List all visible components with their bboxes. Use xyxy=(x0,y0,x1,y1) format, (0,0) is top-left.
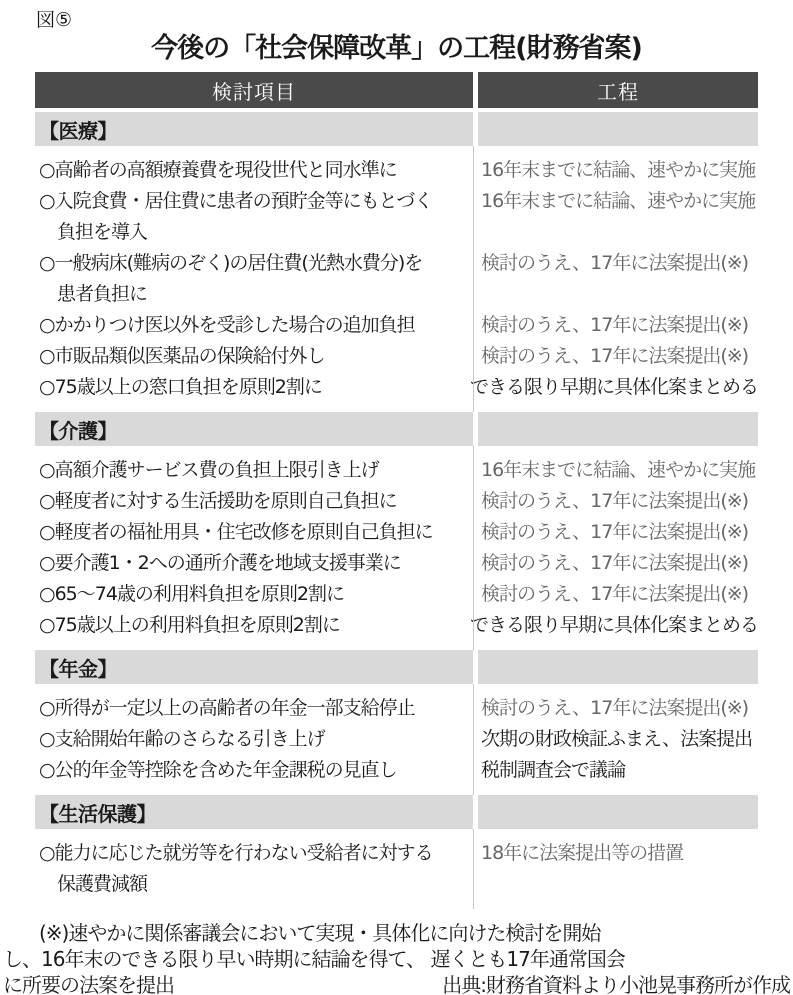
schedule-cell: 次期の財政検証ふまえ、法案提出 xyxy=(473,724,758,755)
footnote-line-2: し、16年末のできる限り早い時期に結論を得て、 遅くとも17年通常国会 xyxy=(3,946,790,972)
schedule-cell: 検討のうえ、17年に法案提出(※) xyxy=(473,341,758,372)
section-band-pension: 【年金】 xyxy=(35,650,758,684)
section-rows-welfare: ○能力に応じた就労等を行わない受給者に対する 保護費減額 18年に法案提出等の措… xyxy=(35,829,758,909)
footnote-line-3-text: に所要の法案を提出 xyxy=(3,972,174,995)
section-band-cell: 【生活保護】 xyxy=(35,795,473,829)
item-cell: ○75歳以上の窓口負担を原則2割に xyxy=(35,372,462,403)
schedule-cell: 検討のうえ、17年に法案提出(※) xyxy=(473,517,758,548)
schedule-cell: 16年末までに結論、速やかに実施 xyxy=(473,186,758,217)
schedule-cell: 検討のうえ、17年に法案提出(※) xyxy=(473,310,758,341)
table-row: ○公的年金等控除を含めた年金課税の見直し 税制調査会で議論 xyxy=(35,755,758,786)
table-row: ○市販品類似医薬品の保険給付外し 検討のうえ、17年に法案提出(※) xyxy=(35,341,758,372)
item-cell: ○75歳以上の利用料負担を原則2割に xyxy=(35,610,462,641)
schedule-cell: 検討のうえ、17年に法案提出(※) xyxy=(473,579,758,610)
section-band-cell: 【年金】 xyxy=(35,650,473,684)
table-row: ○入院食費・居住費に患者の預貯金等にもとづく 負担を導入 16年末までに結論、速… xyxy=(35,186,758,248)
item-cell: ○軽度者の福祉用具・住宅改修を原則自己負担に xyxy=(35,517,473,548)
section-band-cell: 【介護】 xyxy=(35,412,473,446)
schedule-cell: 検討のうえ、17年に法案提出(※) xyxy=(473,548,758,579)
table-header-row: 検討項目 工程 xyxy=(35,72,758,108)
section-rows-nursing: ○高額介護サービス費の負担上限引き上げ 16年末までに結論、速やかに実施 ○軽度… xyxy=(35,446,758,650)
section-band-cell xyxy=(478,112,758,146)
item-cell: ○支給開始年齢のさらなる引き上げ xyxy=(35,724,473,755)
item-cell: ○軽度者に対する生活援助を原則自己負担に xyxy=(35,486,473,517)
item-cell: ○要介護1・2への通所介護を地域支援事業に xyxy=(35,548,473,579)
footnote-line-1: (※)速やかに関係審議会において実現・具体化に向けた検討を開始 xyxy=(3,920,790,946)
schedule-cell: 検討のうえ、17年に法案提出(※) xyxy=(473,486,758,517)
column-header-schedule: 工程 xyxy=(478,72,758,108)
item-cell: ○所得が一定以上の高齢者の年金一部支給停止 xyxy=(35,693,473,724)
footnote-line-3: に所要の法案を提出 出典:財務省資料より小池晃事務所が作成 xyxy=(3,972,790,995)
item-cell: ○能力に応じた就労等を行わない受給者に対する 保護費減額 xyxy=(35,838,473,900)
source-credit: 出典:財務省資料より小池晃事務所が作成 xyxy=(442,972,790,995)
schedule-cell: できる限り早期に具体化案まとめる xyxy=(462,610,758,641)
table-row: ○かかりつけ医以外を受診した場合の追加負担 検討のうえ、17年に法案提出(※) xyxy=(35,310,758,341)
table-row: ○75歳以上の利用料負担を原則2割に できる限り早期に具体化案まとめる xyxy=(35,610,758,641)
item-cell: ○高額介護サービス費の負担上限引き上げ xyxy=(35,455,473,486)
item-cell: ○高齢者の高額療養費を現役世代と同水準に xyxy=(35,155,473,186)
table-row: ○要介護1・2への通所介護を地域支援事業に 検討のうえ、17年に法案提出(※) xyxy=(35,548,758,579)
section-band-cell xyxy=(478,412,758,446)
table-row: ○高齢者の高額療養費を現役世代と同水準に 16年末までに結論、速やかに実施 xyxy=(35,155,758,186)
section-rows-pension: ○所得が一定以上の高齢者の年金一部支給停止 検討のうえ、17年に法案提出(※) … xyxy=(35,684,758,795)
table-row: ○支給開始年齢のさらなる引き上げ 次期の財政検証ふまえ、法案提出 xyxy=(35,724,758,755)
item-cell: ○市販品類似医薬品の保険給付外し xyxy=(35,341,473,372)
section-title-medical: 【医療】 xyxy=(35,115,117,144)
item-cell: ○入院食費・居住費に患者の預貯金等にもとづく 負担を導入 xyxy=(35,186,473,248)
section-title-nursing: 【介護】 xyxy=(35,415,117,444)
page: 図⑤ 今後の「社会保障改革」の工程(財務省案) 検討項目 工程 【医療】 ○高齢… xyxy=(0,0,793,995)
schedule-cell: 18年に法案提出等の措置 xyxy=(473,838,758,869)
schedule-cell: 検討のうえ、17年に法案提出(※) xyxy=(473,248,758,279)
schedule-cell: 税制調査会で議論 xyxy=(473,755,758,786)
schedule-table: 検討項目 工程 【医療】 ○高齢者の高額療養費を現役世代と同水準に 16年末まで… xyxy=(35,72,758,909)
figure-label: 図⑤ xyxy=(36,8,793,32)
section-band-medical: 【医療】 xyxy=(35,112,758,146)
section-band-cell: 【医療】 xyxy=(35,112,473,146)
section-band-cell xyxy=(478,795,758,829)
table-row: ○能力に応じた就労等を行わない受給者に対する 保護費減額 18年に法案提出等の措… xyxy=(35,838,758,900)
page-title: 今後の「社会保障改革」の工程(財務省案) xyxy=(0,34,793,64)
schedule-cell: できる限り早期に具体化案まとめる xyxy=(462,372,758,403)
schedule-cell: 16年末までに結論、速やかに実施 xyxy=(473,155,758,186)
footnote: (※)速やかに関係審議会において実現・具体化に向けた検討を開始 し、16年末ので… xyxy=(0,920,793,995)
section-band-nursing: 【介護】 xyxy=(35,412,758,446)
section-band-cell xyxy=(478,650,758,684)
table-row: ○65〜74歳の利用料負担を原則2割に 検討のうえ、17年に法案提出(※) xyxy=(35,579,758,610)
column-header-items: 検討項目 xyxy=(35,72,473,108)
section-title-pension: 【年金】 xyxy=(35,653,117,682)
table-row: ○所得が一定以上の高齢者の年金一部支給停止 検討のうえ、17年に法案提出(※) xyxy=(35,693,758,724)
item-cell: ○65〜74歳の利用料負担を原則2割に xyxy=(35,579,473,610)
item-cell: ○かかりつけ医以外を受診した場合の追加負担 xyxy=(35,310,473,341)
schedule-cell: 検討のうえ、17年に法案提出(※) xyxy=(473,693,758,724)
table-row: ○軽度者に対する生活援助を原則自己負担に 検討のうえ、17年に法案提出(※) xyxy=(35,486,758,517)
schedule-cell: 16年末までに結論、速やかに実施 xyxy=(473,455,758,486)
section-rows-medical: ○高齢者の高額療養費を現役世代と同水準に 16年末までに結論、速やかに実施 ○入… xyxy=(35,146,758,412)
table-row: ○75歳以上の窓口負担を原則2割に できる限り早期に具体化案まとめる xyxy=(35,372,758,403)
item-cell: ○一般病床(難病のぞく)の居住費(光熱水費分)を 患者負担に xyxy=(35,248,473,310)
section-band-welfare: 【生活保護】 xyxy=(35,795,758,829)
item-cell: ○公的年金等控除を含めた年金課税の見直し xyxy=(35,755,473,786)
table-row: ○高額介護サービス費の負担上限引き上げ 16年末までに結論、速やかに実施 xyxy=(35,455,758,486)
section-title-welfare: 【生活保護】 xyxy=(35,798,156,827)
table-row: ○軽度者の福祉用具・住宅改修を原則自己負担に 検討のうえ、17年に法案提出(※) xyxy=(35,517,758,548)
table-row: ○一般病床(難病のぞく)の居住費(光熱水費分)を 患者負担に 検討のうえ、17年… xyxy=(35,248,758,310)
